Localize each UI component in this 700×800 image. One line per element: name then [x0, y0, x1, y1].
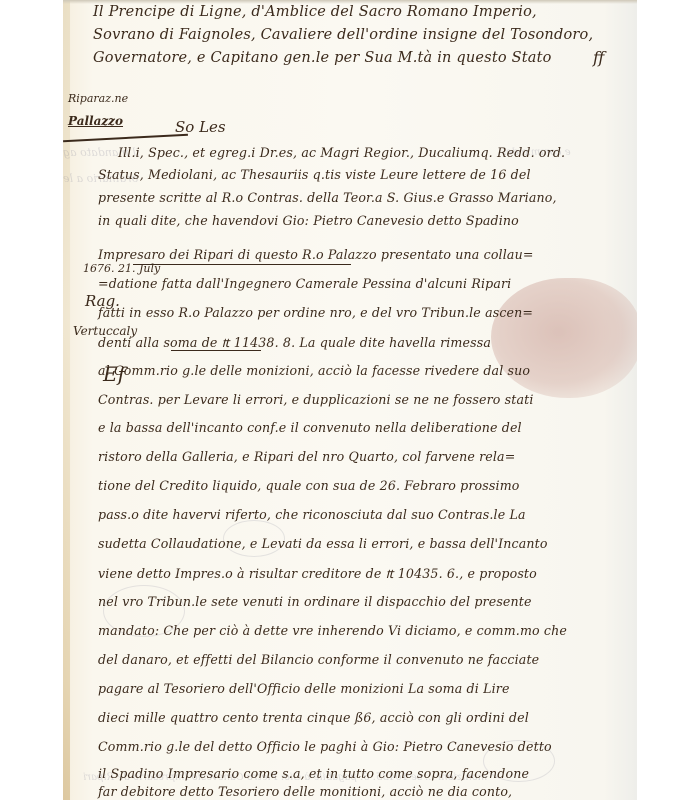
body-line: il Spadino Impresario come s.a, et in tu…: [98, 766, 529, 781]
header-line-1: Il Prencipe di Ligne, d'Amblice del Sacr…: [93, 4, 537, 20]
body-line: pagare al Tesoriero dell'Officio delle m…: [98, 681, 510, 696]
body-line: presente scritte al R.o Contras. della T…: [98, 190, 557, 205]
left-heading-line-2: Pallazzo: [68, 114, 123, 128]
heading-rule: [63, 134, 188, 142]
body-line: Impresaro dei Ripari di questo R.o Palaz…: [98, 247, 534, 262]
left-heading-line-1: Riparaz.ne: [68, 92, 128, 105]
margin-note-date: 1676. 21. July: [83, 262, 160, 275]
margin-note-initials: Ef: [103, 362, 125, 386]
header-line-3: Governatore, e Capitano gen.le per Sua M…: [93, 50, 552, 66]
body-line: del danaro, et effetti del Bilancio conf…: [98, 652, 539, 667]
salutation-marks: So Les: [175, 118, 226, 136]
margin-note-rag: Rag.: [85, 292, 120, 310]
body-line: pass.o dite havervi riferto, che riconos…: [98, 507, 526, 522]
body-line: ristoro della Galleria, e Ripari del nro…: [98, 449, 515, 464]
body-line: al Comm.rio g.le delle monizioni, acciò …: [98, 363, 530, 378]
margin-note-signature: Vertuccaly: [73, 324, 137, 338]
text-underline: [133, 264, 351, 265]
body-line-amount: denti alla soma de ₶ 11438. 8. La quale …: [98, 334, 491, 351]
body-line: tione del Credito liquido, quale con sua…: [98, 478, 520, 493]
wax-seal-stain: [491, 278, 637, 398]
header-flourish: ff: [593, 48, 604, 67]
body-line: fatti in esso R.o Palazzo per ordine nro…: [98, 305, 533, 320]
body-line: Status, Mediolani, ac Thesauriis q.tis v…: [98, 167, 531, 182]
body-line: dieci mille quattro cento trenta cinque …: [98, 710, 529, 725]
body-line: nel vro Tribun.le sete venuti in ordinar…: [98, 594, 532, 609]
body-line: in quali dite, che havendovi Gio: Pietro…: [98, 213, 519, 228]
salutation-line: Ill.i, Spec., et egreg.i Dr.es, ac Magri…: [118, 145, 565, 160]
body-line: e la bassa dell'incanto conf.e il conven…: [98, 420, 522, 435]
body-line: =datione fatta dall'Ingegnero Camerale P…: [98, 276, 511, 291]
body-line: sudetta Collaudatione, e Levati da essa …: [98, 536, 548, 551]
body-line: Comm.rio g.le del detto Officio le paghi…: [98, 739, 552, 754]
amount-underline: [171, 350, 261, 351]
body-line: mandato: Che per ciò à dette vre inheren…: [98, 623, 567, 638]
body-line-amount: viene detto Impres.o à risultar creditor…: [98, 565, 537, 582]
header-line-2: Sovrano di Faignoles, Cavaliere dell'ord…: [93, 27, 593, 43]
body-line: Contras. per Levare li errori, e dupplic…: [98, 392, 534, 407]
body-line: far debitore detto Tesoriero delle monit…: [98, 784, 512, 799]
manuscript-page: il mandato ag ordinario a le e comm.o de…: [63, 0, 637, 800]
